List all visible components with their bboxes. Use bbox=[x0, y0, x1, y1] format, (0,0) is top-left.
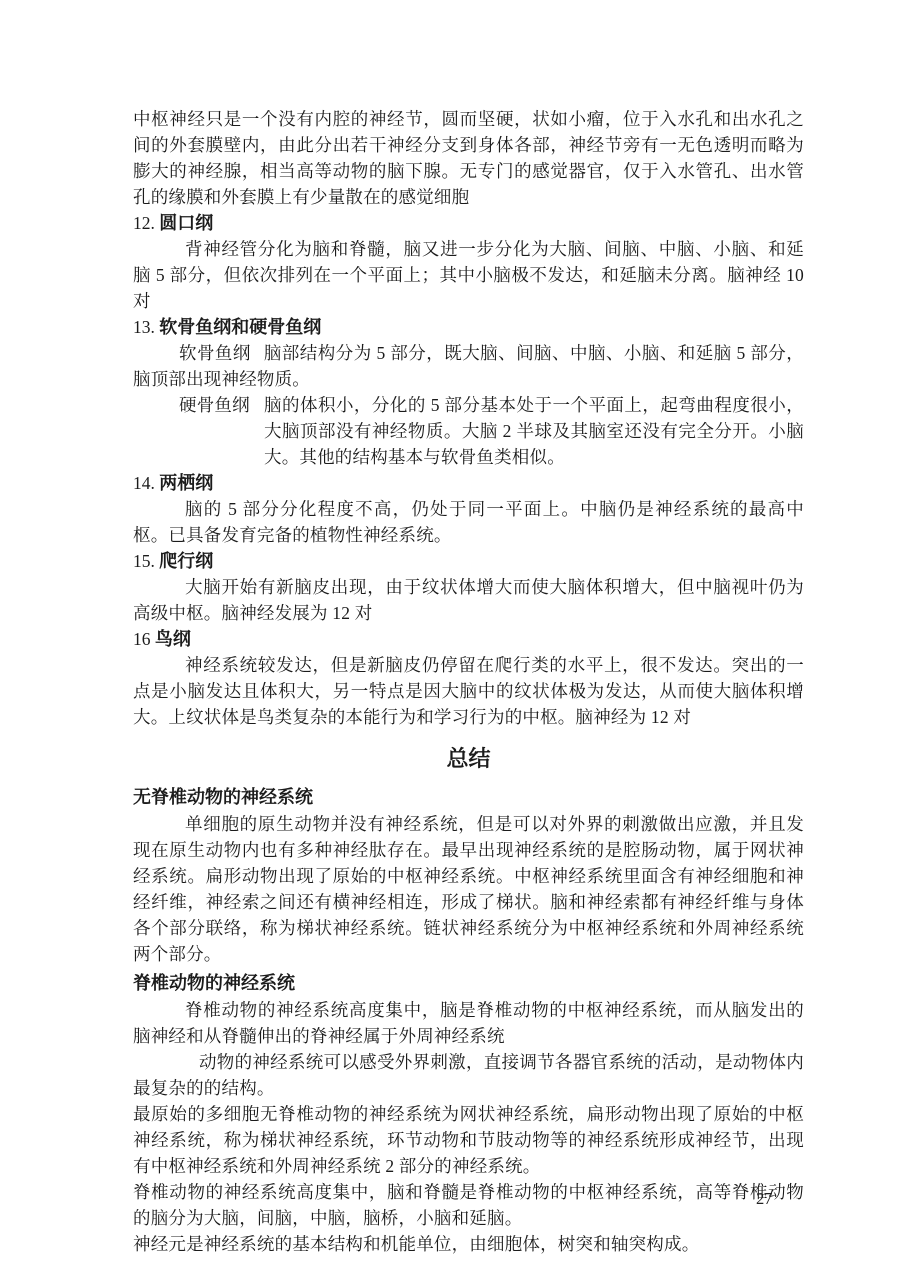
section-number: 15. bbox=[133, 551, 155, 571]
section-heading: 16 鸟纲 bbox=[133, 626, 804, 652]
body-paragraph: 单细胞的原生动物并没有神经系统，但是可以对外界的刺激做出应激，并且发现在原生动物… bbox=[133, 811, 804, 967]
summary-heading: 总结 bbox=[133, 745, 804, 773]
body-paragraph: 最原始的多细胞无脊椎动物的神经系统为网状神经系统，扁形动物出现了原始的中枢神经系… bbox=[133, 1101, 804, 1179]
definition-item: 硬骨鱼纲脑的体积小，分化的 5 部分基本处于一个平面上，起弯曲程度很小，大脑顶部… bbox=[133, 392, 804, 470]
section-number: 16 bbox=[133, 629, 151, 649]
section-title-text: 鸟纲 bbox=[155, 629, 191, 649]
body-paragraph: 神经系统较发达，但是新脑皮仍停留在爬行类的水平上，很不发达。突出的一点是小脑发达… bbox=[133, 652, 804, 730]
body-paragraph: 神经元是神经系统的基本结构和机能单位，由细胞体，树突和轴突构成。 bbox=[133, 1231, 804, 1257]
body-paragraph: 脑的 5 部分分化程度不高，仍处于同一平面上。中脑仍是神经系统的最高中枢。已具备… bbox=[133, 496, 804, 548]
body-paragraph: 背神经管分化为脑和脊髓，脑又进一步分化为大脑、间脑、中脑、小脑、和延脑 5 部分… bbox=[133, 236, 804, 314]
document-content: 中枢神经只是一个没有内腔的神经节，圆而坚硬，状如小瘤，位于入水孔和出水孔之间的外… bbox=[133, 106, 804, 1257]
section-number: 12. bbox=[133, 213, 155, 233]
section-heading: 15. 爬行纲 bbox=[133, 548, 804, 574]
definition-term: 硬骨鱼纲 bbox=[179, 392, 251, 470]
definition-item: 软骨鱼纲脑部结构分为 5 部分，既大脑、间脑、中脑、小脑、和延脑 5 部分，脑顶… bbox=[133, 340, 804, 392]
section-number: 13. bbox=[133, 317, 155, 337]
page-number: 27 bbox=[756, 1188, 773, 1210]
section-heading: 14. 两栖纲 bbox=[133, 470, 804, 496]
section-number: 14. bbox=[133, 473, 155, 493]
body-paragraph: 大脑开始有新脑皮出现，由于纹状体增大而使大脑体积增大，但中脑视叶仍为高级中枢。脑… bbox=[133, 574, 804, 626]
body-paragraph: 脊椎动物的神经系统高度集中，脑是脊椎动物的中枢神经系统，而从脑发出的脑神经和从脊… bbox=[133, 997, 804, 1049]
section-heading: 12. 圆口纲 bbox=[133, 210, 804, 236]
sub-heading: 无脊椎动物的神经系统 bbox=[133, 784, 804, 811]
document-page: 中枢神经只是一个没有内腔的神经节，圆而坚硬，状如小瘤，位于入水孔和出水孔之间的外… bbox=[0, 0, 910, 1287]
section-title-text: 圆口纲 bbox=[159, 213, 213, 233]
body-paragraph: 脊椎动物的神经系统高度集中，脑和脊髓是脊椎动物的中枢神经系统，高等脊椎动物的脑分… bbox=[133, 1179, 804, 1231]
body-paragraph: 动物的神经系统可以感受外界刺激，直接调节各器官系统的活动，是动物体内最复杂的的结… bbox=[133, 1049, 804, 1101]
body-paragraph: 中枢神经只是一个没有内腔的神经节，圆而坚硬，状如小瘤，位于入水孔和出水孔之间的外… bbox=[133, 106, 804, 210]
definition-text: 脑的体积小，分化的 5 部分基本处于一个平面上，起弯曲程度很小，大脑顶部没有神经… bbox=[264, 392, 804, 470]
section-title-text: 软骨鱼纲和硬骨鱼纲 bbox=[159, 317, 321, 337]
definition-term: 软骨鱼纲 bbox=[179, 343, 251, 363]
section-title-text: 两栖纲 bbox=[159, 473, 213, 493]
sub-heading: 脊椎动物的神经系统 bbox=[133, 970, 804, 997]
section-heading: 13. 软骨鱼纲和硬骨鱼纲 bbox=[133, 314, 804, 340]
section-title-text: 爬行纲 bbox=[159, 551, 213, 571]
